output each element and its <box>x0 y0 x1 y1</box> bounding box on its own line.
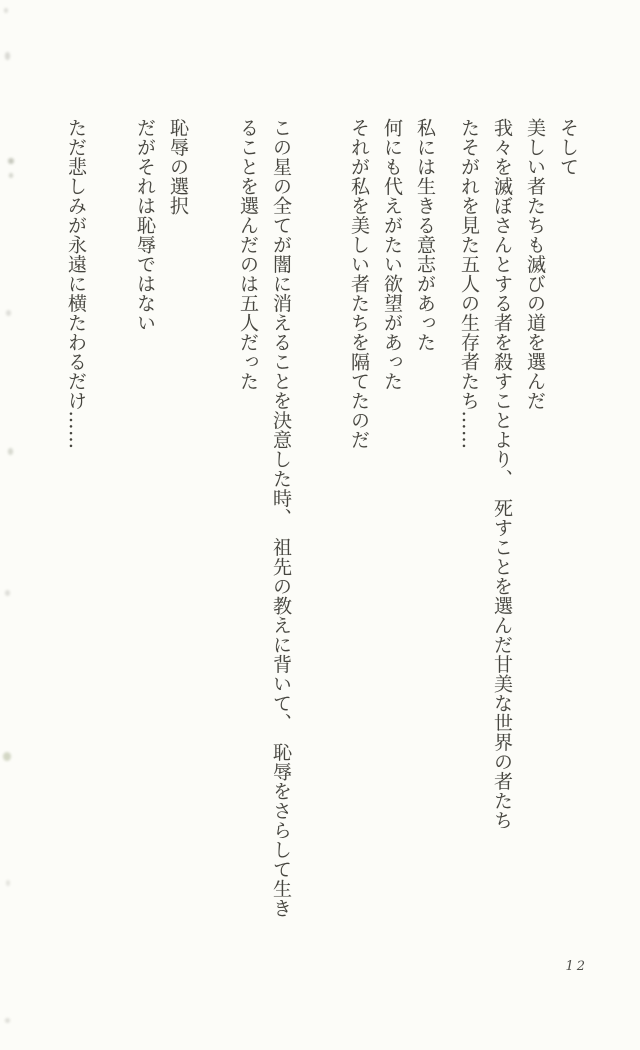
poem-line: この星の全てが闇に消えることを決意した時、 祖先の教えに背いて、 恥辱をさらして… <box>264 118 297 988</box>
scan-artifact <box>5 590 10 596</box>
poem-line: 美しい者たちも滅びの道を選んだ <box>518 118 551 988</box>
scan-artifact <box>8 448 13 455</box>
poem-line: 恥辱の選択 <box>161 118 194 988</box>
book-page: そして 美しい者たちも滅びの道を選んだ 我々を滅ぼさんとする者を殺すことより、 … <box>0 0 640 1050</box>
stanza-1: そして 美しい者たちも滅びの道を選んだ 我々を滅ぼさんとする者を殺すことより、 … <box>452 118 584 988</box>
poem-line: ることを選んだのは五人だった <box>231 118 264 988</box>
scan-artifact <box>5 52 10 60</box>
stanza-5: ただ悲しみが永遠に横たわるだけ…… <box>59 118 92 988</box>
poem-line: 何にも代えがたい欲望があった <box>375 118 408 988</box>
stanza-2: 私には生きる意志があった 何にも代えがたい欲望があった それが私を美しい者たちを… <box>342 118 441 988</box>
scan-artifact <box>5 1018 10 1023</box>
poem-line: だがそれは恥辱ではない <box>128 118 161 988</box>
stanza-3: この星の全てが闇に消えることを決意した時、 祖先の教えに背いて、 恥辱をさらして… <box>231 118 297 988</box>
stanza-4: 恥辱の選択 だがそれは恥辱ではない <box>128 118 194 988</box>
scan-artifact <box>9 173 13 178</box>
scan-artifact <box>4 8 8 13</box>
poem-line: そして <box>551 118 584 988</box>
poem-line: 我々を滅ぼさんとする者を殺すことより、 死すことを選んだ甘美な世界の者たち <box>485 118 518 988</box>
scan-artifact <box>6 310 11 316</box>
scan-artifact <box>3 752 11 761</box>
scan-artifact <box>6 880 10 886</box>
poem-line: 私には生きる意志があった <box>408 118 441 988</box>
scan-artifact <box>8 158 14 164</box>
poem-line: それが私を美しい者たちを隔てたのだ <box>342 118 375 988</box>
poem-text-block: そして 美しい者たちも滅びの道を選んだ 我々を滅ぼさんとする者を殺すことより、 … <box>59 118 584 988</box>
poem-line: たそがれを見た五人の生存者たち…… <box>452 118 485 988</box>
page-number: 12 <box>565 959 588 974</box>
poem-line: ただ悲しみが永遠に横たわるだけ…… <box>59 118 92 988</box>
